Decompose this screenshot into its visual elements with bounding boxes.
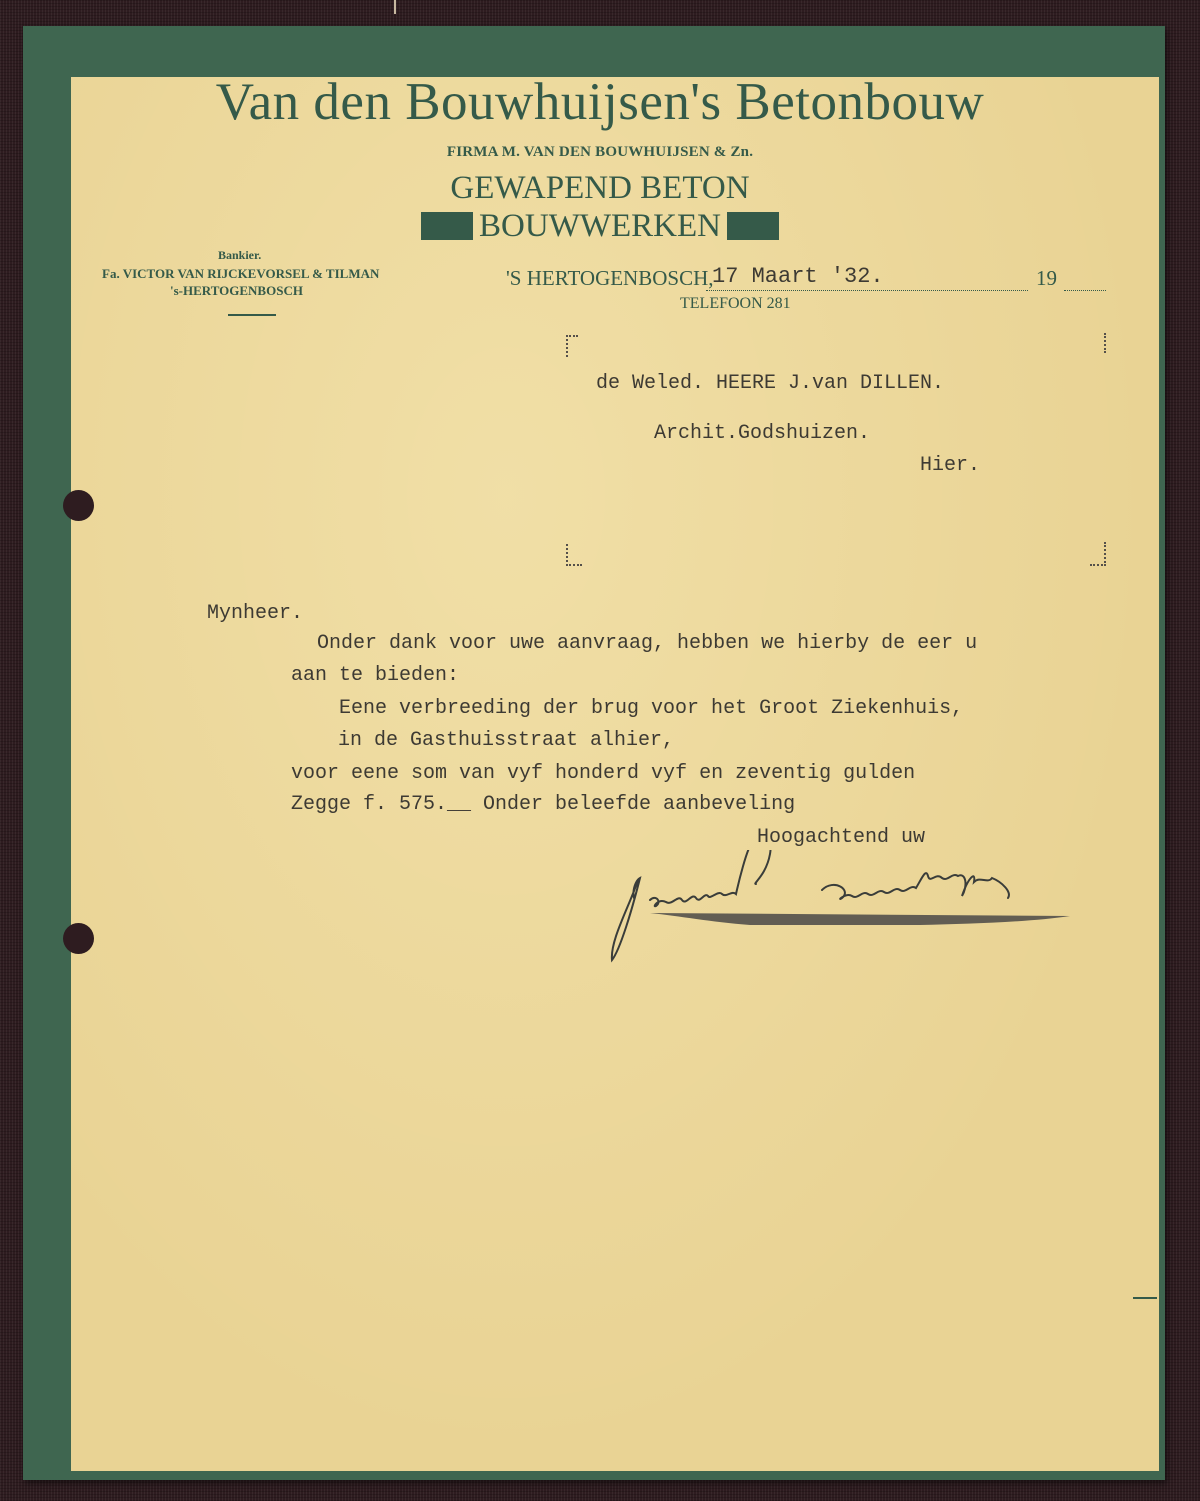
tagline-bouwwerken: BOUWWERKEN bbox=[479, 208, 721, 244]
bank-divider bbox=[228, 314, 276, 316]
paper-edge-mark bbox=[394, 0, 396, 14]
place-label: 'S HERTOGENBOSCH, bbox=[506, 266, 714, 291]
body-line: in de Gasthuisstraat alhier, bbox=[338, 729, 674, 752]
year-dotted-line bbox=[1064, 290, 1106, 291]
address-corner-top-right bbox=[1094, 333, 1106, 353]
salutation: Mynheer. bbox=[207, 602, 303, 625]
recipient-title: Archit.Godshuizen. bbox=[654, 422, 870, 445]
handwritten-signature bbox=[590, 850, 1100, 975]
tagline-bouwwerken-row: BOUWWERKEN bbox=[0, 208, 1200, 244]
closing: Hoogachtend uw bbox=[757, 826, 925, 849]
decorative-block-left bbox=[421, 212, 473, 240]
letter-sheet-border bbox=[23, 26, 1165, 1480]
punch-hole-top bbox=[63, 490, 94, 521]
body-line: aan te bieden: bbox=[291, 664, 459, 687]
address-corner-bottom-left bbox=[566, 544, 582, 566]
company-name: Van den Bouwhuijsen's Betonbouw bbox=[0, 72, 1200, 132]
recipient-location: Hier. bbox=[920, 454, 980, 477]
punch-hole-bottom bbox=[63, 923, 94, 954]
firma-line: FIRMA M. VAN DEN BOUWHUIJSEN & Zn. bbox=[0, 144, 1200, 161]
body-line: Onder dank voor uwe aanvraag, hebben we … bbox=[317, 632, 977, 655]
body-line: Eene verbreeding der brug voor het Groot… bbox=[339, 697, 963, 720]
fold-mark bbox=[1133, 1297, 1157, 1299]
body-line: Zegge f. 575.__ Onder beleefde aanbeveli… bbox=[291, 793, 795, 816]
tagline-gewapend-beton: GEWAPEND BETON bbox=[0, 170, 1200, 207]
telephone: TELEFOON 281 bbox=[680, 295, 791, 313]
address-corner-top-left bbox=[566, 335, 578, 357]
decorative-block-right bbox=[727, 212, 779, 240]
bank-name: Fa. VICTOR VAN RIJCKEVORSEL & TILMAN bbox=[102, 266, 379, 282]
letter-date: 17 Maart '32. bbox=[712, 264, 884, 289]
year-prefix: 19 bbox=[1036, 266, 1057, 291]
bank-city: 's-HERTOGENBOSCH bbox=[170, 283, 303, 299]
address-corner-bottom-right bbox=[1090, 542, 1106, 566]
bank-label: Bankier. bbox=[218, 248, 261, 263]
date-dotted-line bbox=[706, 290, 1028, 291]
recipient-name: de Weled. HEERE J.van DILLEN. bbox=[596, 372, 944, 395]
body-line: voor eene som van vyf honderd vyf en zev… bbox=[291, 762, 915, 785]
